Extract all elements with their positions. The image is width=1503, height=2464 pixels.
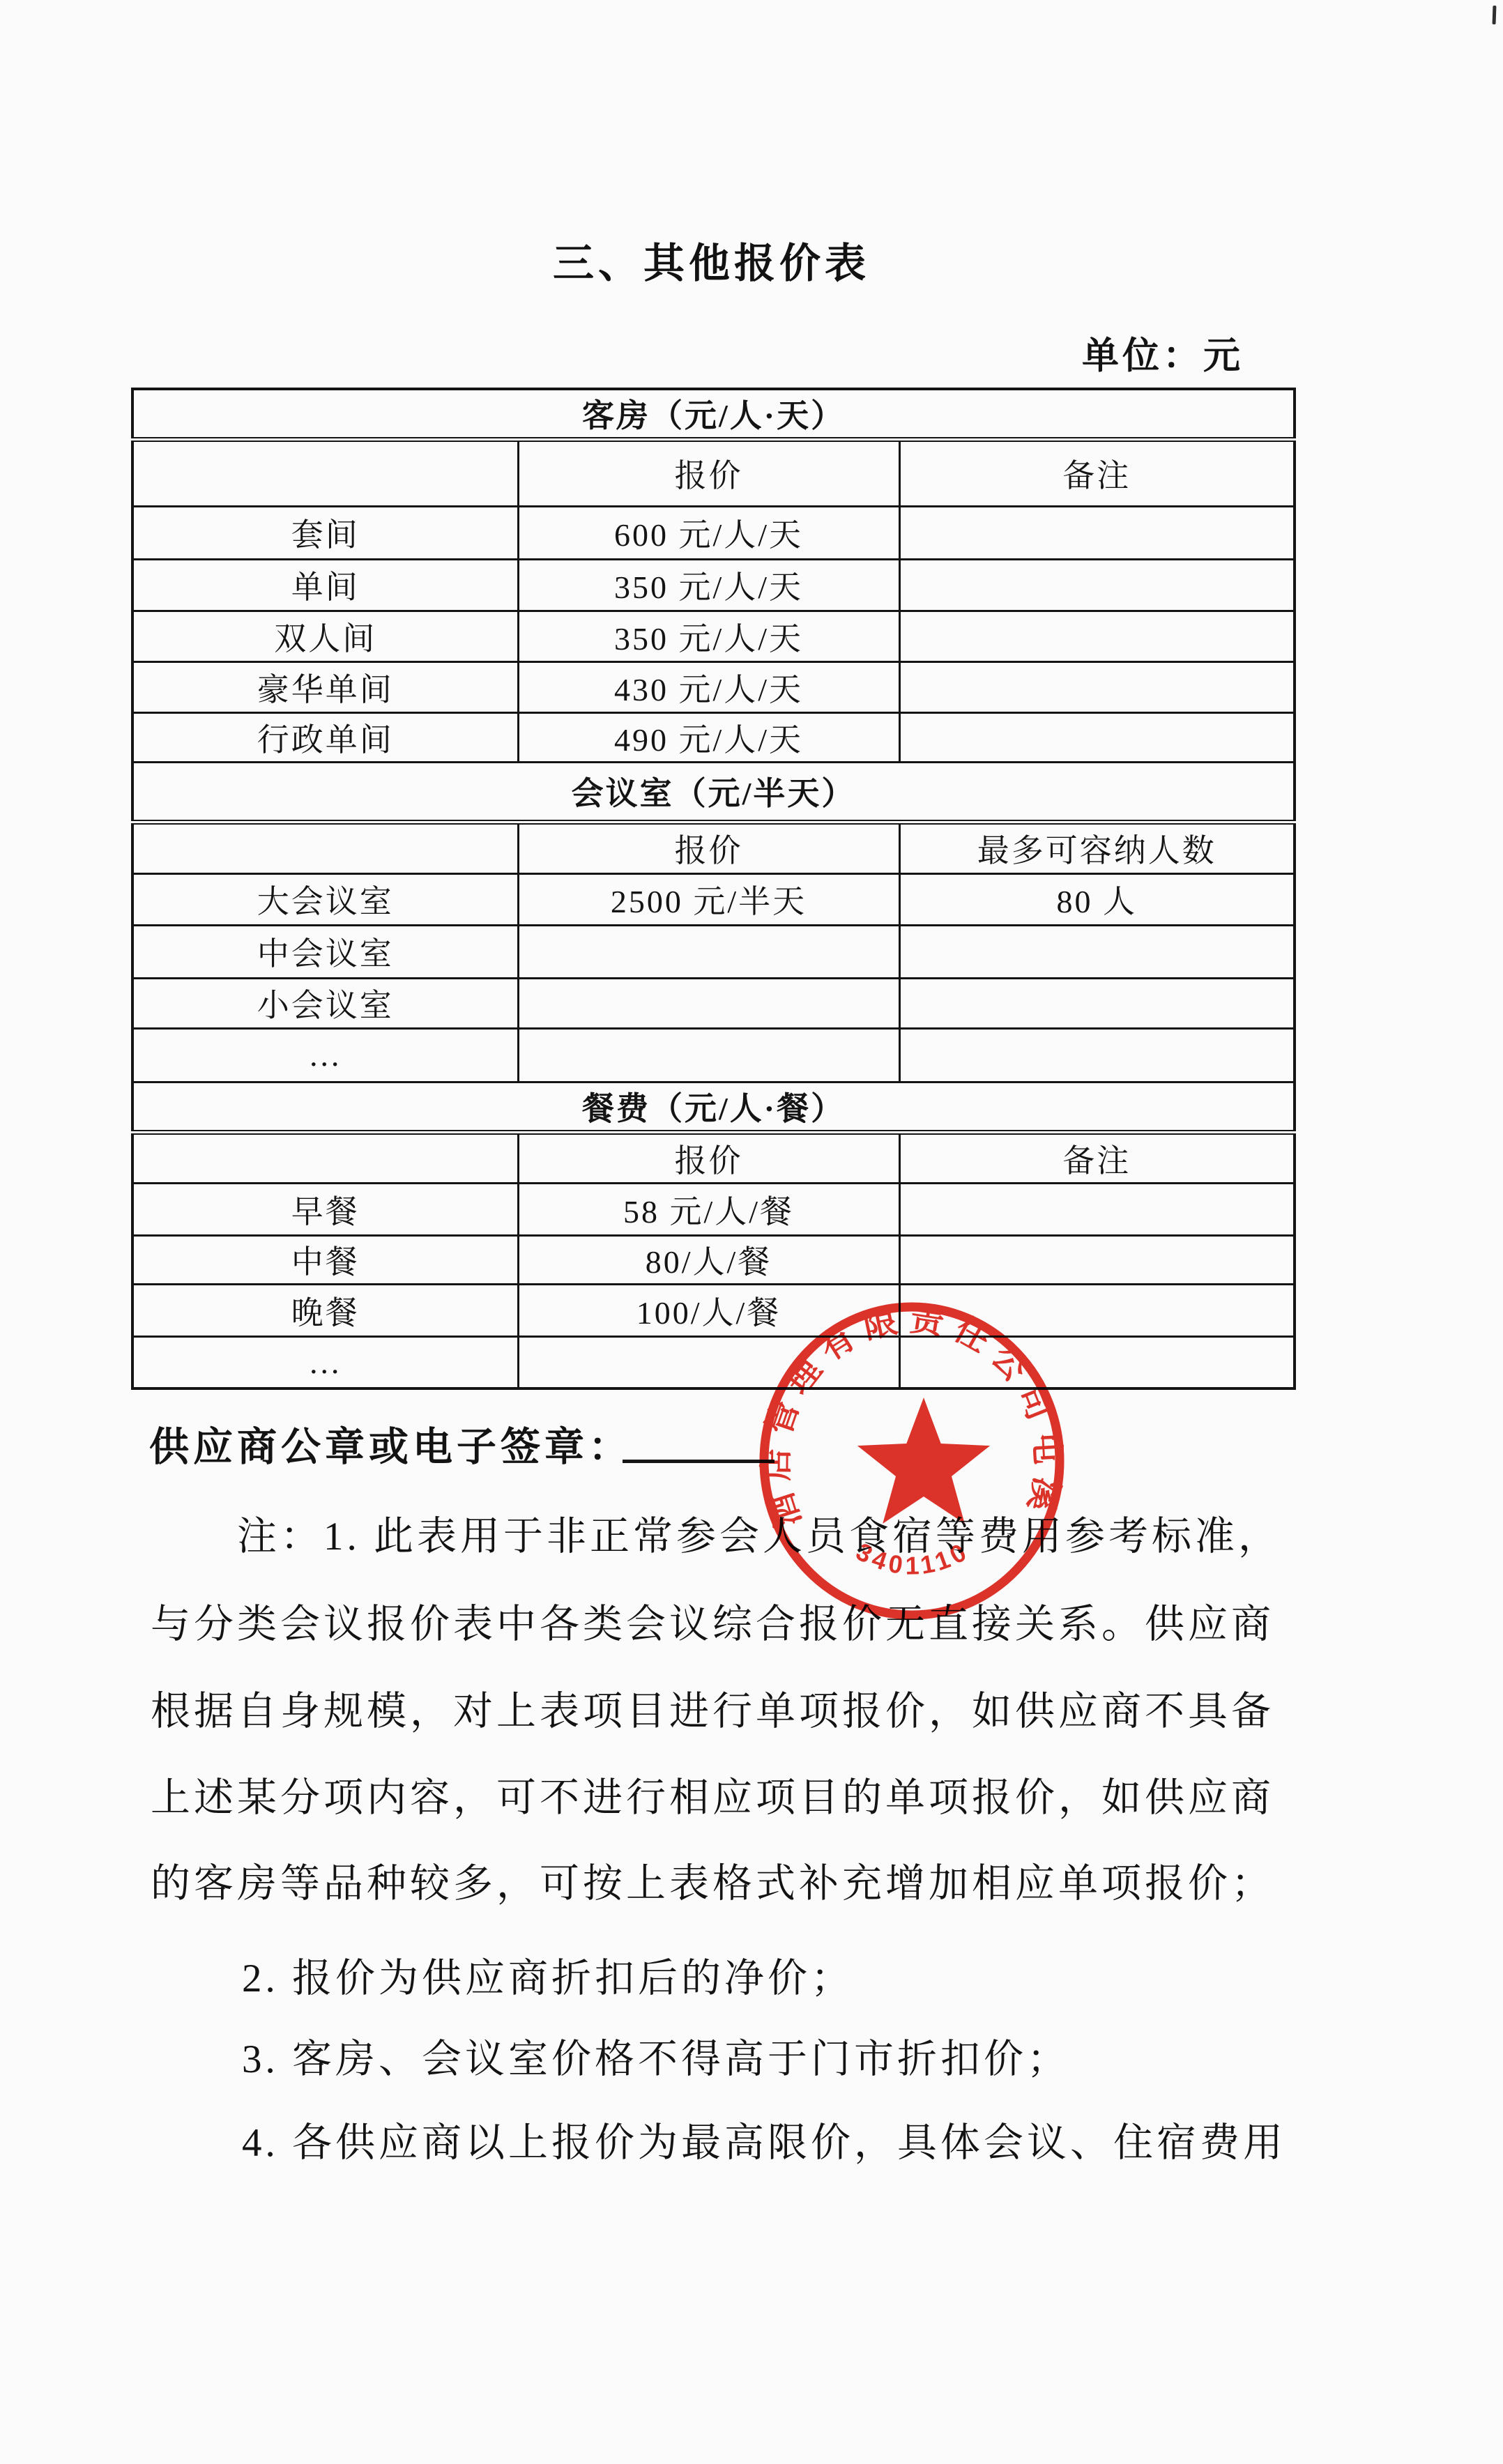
note-line: 4. 各供应商以上报价为最高限价，具体会议、住宿费用 [242,2111,1286,2168]
note-line: 上述某分项内容，可不进行相应项目的单项报价，如供应商 [151,1766,1274,1823]
quote-col-header-cell: 报价 [518,439,899,506]
remark-col-header-cell: 备注 [899,1132,1295,1183]
section-header-cell: 会议室（元/半天） [132,762,1295,822]
table-row: 大会议室 2500 元/半天 80 人 [132,873,1295,925]
item-name-cell: 双人间 [132,611,518,661]
table-row: 早餐 58 元/人/餐 [132,1183,1295,1235]
item-quote-cell: 2500 元/半天 [518,873,899,925]
item-remark-cell [899,506,1295,559]
item-capacity-cell [899,978,1295,1028]
note-line: 3. 客房、会议室价格不得高于门市折扣价； [242,2027,1070,2084]
item-col-header-cell [132,1132,518,1183]
item-col-header-cell [132,822,518,873]
quote-col-header-cell: 报价 [518,822,899,873]
quote-col-header-cell: 报价 [518,1132,899,1183]
item-quote-cell [518,978,899,1028]
item-name-cell: 早餐 [132,1183,518,1235]
item-quote-cell: 490 元/人/天 [518,712,899,762]
item-quote-cell [518,1028,899,1082]
signature-label: 供应商公章或电子签章： [149,1415,632,1472]
item-name-cell: 中会议室 [132,925,518,978]
item-remark-cell [899,712,1295,762]
scanned-document-page: 三、其他报价表 单位：元 客房（元/人·天） 报价 备注 套间 600 元/人/… [0,0,1503,2464]
item-name-cell: … [132,1028,518,1082]
item-name-cell: 小会议室 [132,978,518,1028]
page-title: 三、其他报价表 [553,230,870,289]
unit-label: 单位：元 [1082,326,1244,379]
item-name-cell: 晚餐 [132,1284,518,1336]
item-remark-cell [899,611,1295,661]
item-remark-cell [899,559,1295,611]
item-name-cell: … [132,1336,518,1388]
official-seal-stamp: 酒店管理有限责任公司屯溪路分 340111005119 [756,1302,1068,1623]
table-row: 单间 350 元/人/天 [132,559,1295,611]
item-name-cell: 中餐 [132,1235,518,1284]
item-name-cell: 套间 [132,506,518,559]
item-quote-cell [518,925,899,978]
item-remark-cell [899,1235,1295,1284]
item-col-header-cell [132,439,518,506]
table-row: … [132,1028,1295,1082]
table-row: 小会议室 [132,978,1295,1028]
scan-artifact-mark [1493,6,1497,24]
note-line: 与分类会议报价表中各类会议综合报价无直接关系。供应商 [151,1592,1274,1649]
item-quote-cell: 600 元/人/天 [518,506,899,559]
item-remark-cell [899,1183,1295,1235]
table-row: 晚餐 100/人/餐 [132,1284,1295,1336]
capacity-col-header-cell: 最多可容纳人数 [899,822,1295,873]
table-row: 中会议室 [132,925,1295,978]
item-name-cell: 行政单间 [132,712,518,762]
star-icon [857,1398,990,1524]
item-capacity-cell [899,1028,1295,1082]
item-quote-cell: 350 元/人/天 [518,559,899,611]
note-line: 根据自身规模，对上表项目进行单项报价，如供应商不具备 [151,1679,1274,1736]
item-capacity-cell [899,925,1295,978]
item-name-cell: 大会议室 [132,873,518,925]
item-quote-cell: 350 元/人/天 [518,611,899,661]
item-name-cell: 豪华单间 [132,661,518,712]
table-row: 中餐 80/人/餐 [132,1235,1295,1284]
note-line: 2. 报价为供应商折扣后的净价； [242,1946,854,2003]
section-header-cell: 餐费（元/人·餐） [132,1082,1295,1132]
table-row: … [132,1336,1295,1388]
section-header-cell: 客房（元/人·天） [132,389,1295,439]
signature-blank-line [623,1460,775,1463]
remark-col-header-cell: 备注 [899,439,1295,506]
table-row: 豪华单间 430 元/人/天 [132,661,1295,712]
item-name-cell: 单间 [132,559,518,611]
item-capacity-cell: 80 人 [899,873,1295,925]
item-quote-cell: 58 元/人/餐 [518,1183,899,1235]
table-row: 双人间 350 元/人/天 [132,611,1295,661]
item-remark-cell [899,661,1295,712]
item-quote-cell: 80/人/餐 [518,1235,899,1284]
table-row: 套间 600 元/人/天 [132,506,1295,559]
item-quote-cell: 430 元/人/天 [518,661,899,712]
other-quotes-table: 客房（元/人·天） 报价 备注 套间 600 元/人/天 单间 350 元/人/… [131,388,1296,1390]
table-row: 行政单间 490 元/人/天 [132,712,1295,762]
note-line: 的客房等品种较多，可按上表格式补充增加相应单项报价； [151,1851,1274,1908]
